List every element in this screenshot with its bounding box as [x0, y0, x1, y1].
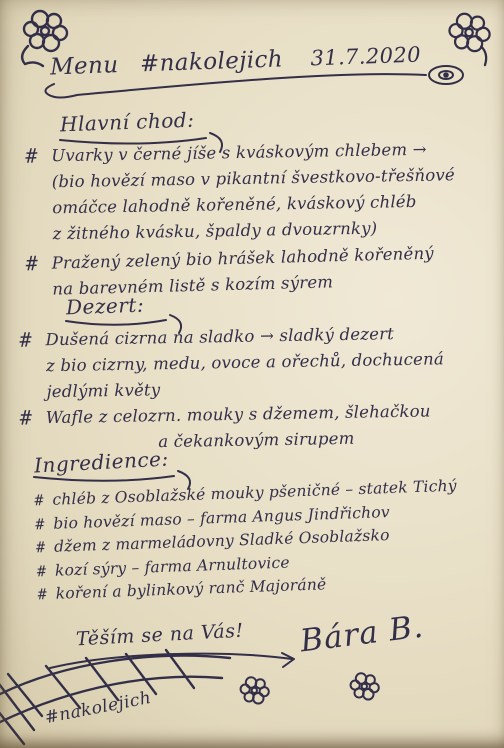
- menu-item: # Dušená cizrna na sladko → sladký dezer…: [19, 320, 444, 405]
- item-marker: #: [19, 327, 45, 351]
- item-line: a čekankovým sirupem: [158, 424, 431, 455]
- item-marker: #: [25, 251, 52, 276]
- item-lines: Wafle z celozrn. mouky s džemem, šlehačk…: [46, 398, 432, 457]
- title-underline-flourish: [36, 58, 482, 102]
- item-marker: #: [36, 536, 55, 560]
- ingredients-list: # chléb z Osoblažské mouky pšeničné – st…: [34, 475, 460, 607]
- paper-sheet: Menu #nakolejich 31.7.2020 Hlavní chod: …: [0, 0, 504, 748]
- item-lines: Dušená cizrna na sladko → sladký dezert …: [45, 320, 444, 405]
- item-marker: #: [25, 143, 51, 167]
- menu-item: # Uvarky v černé jíše s kváskovým chlebe…: [25, 136, 456, 247]
- item-marker: #: [20, 405, 46, 429]
- item-marker: #: [35, 512, 54, 536]
- item-marker: #: [37, 583, 56, 607]
- item-marker: #: [34, 489, 53, 513]
- menu-item: # Wafle z celozrn. mouky s džemem, šleha…: [20, 398, 432, 457]
- flower-doodle: [344, 670, 386, 712]
- railway-doodle: [0, 610, 236, 748]
- item-marker: #: [37, 559, 56, 583]
- item-lines: Uvarky v černé jíše s kváskovým chlebem …: [51, 136, 456, 247]
- flower-doodle: [234, 674, 276, 716]
- signature: Bára B.: [298, 609, 426, 660]
